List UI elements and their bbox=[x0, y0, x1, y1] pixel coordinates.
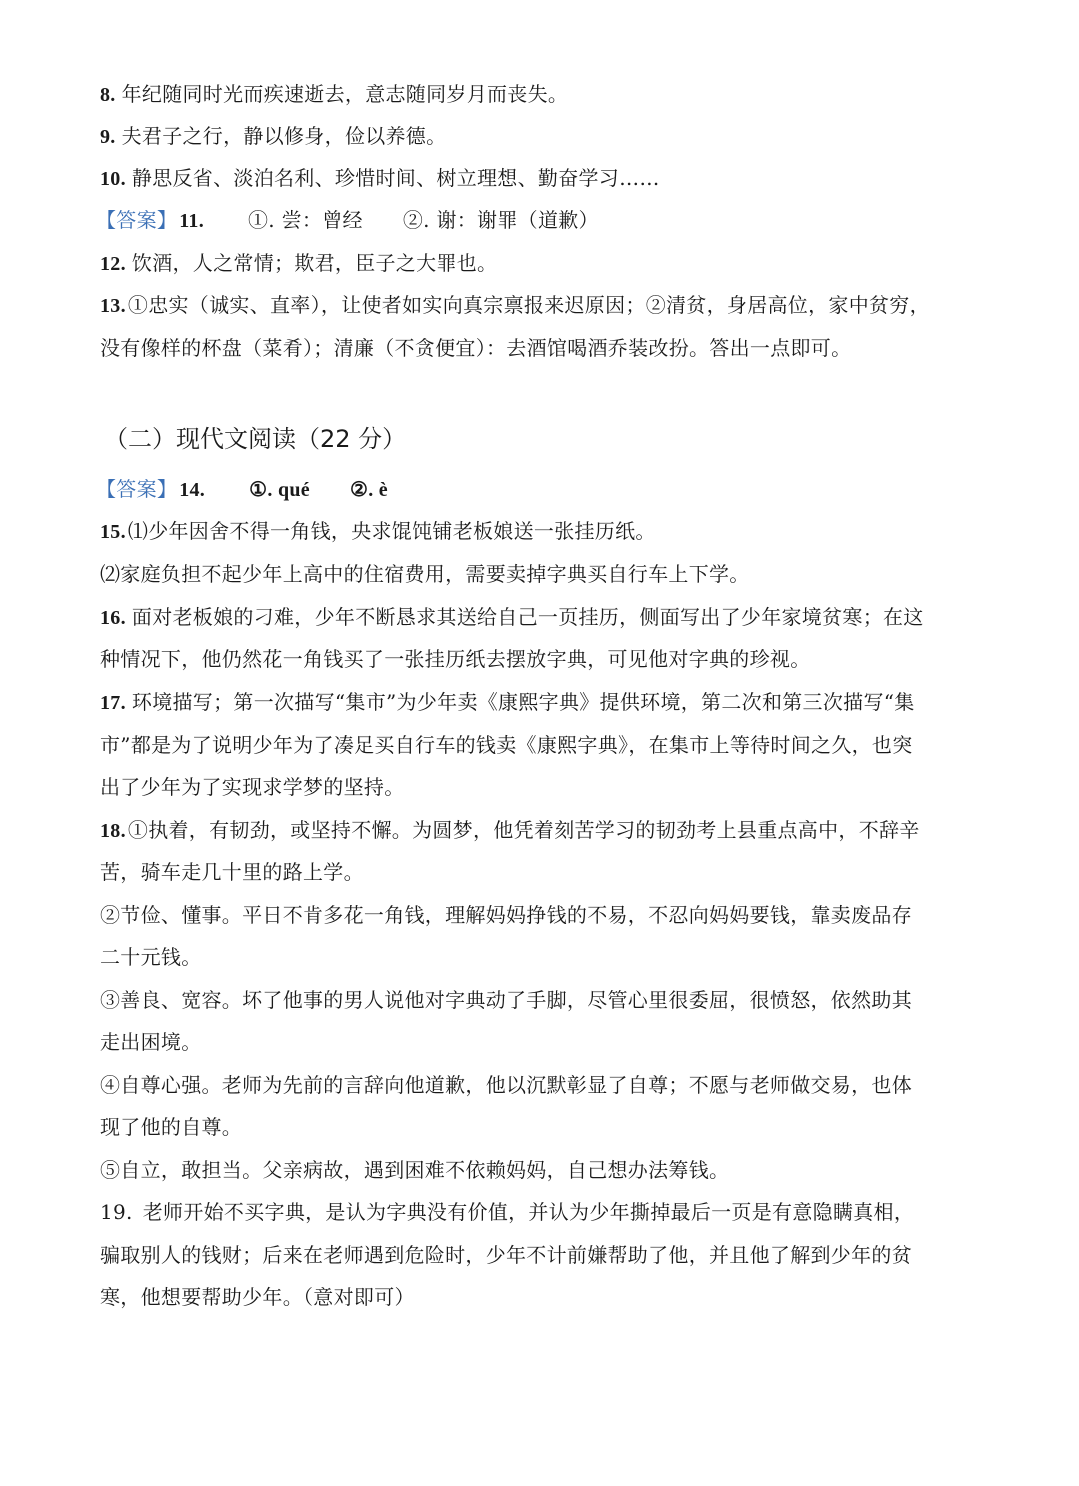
answer-9: 9.夫君子之行，静以修身，俭以养德。 bbox=[100, 122, 446, 151]
answer-text: 现了他的自尊。 bbox=[100, 1115, 242, 1139]
answer-text: 骗取别人的钱财；后来在老师遇到危险时，少年不计前嫌帮助了他，并且他了解到少年的贫 bbox=[100, 1243, 912, 1267]
answer-text: ②节俭、懂事。平日不肯多花一角钱，理解妈妈挣钱的不易，不忍向妈妈要钱，靠卖废品存 bbox=[100, 903, 912, 927]
answer-14: 【答案】14.①. qué②. è bbox=[96, 475, 388, 504]
answer-18-line-8: 现了他的自尊。 bbox=[100, 1113, 242, 1141]
answer-18-line-2: 苦，骑车走几十里的路上学。 bbox=[100, 858, 364, 886]
answer-text: 种情况下，他仍然花一角钱买了一张挂历纸去摆放字典，可见他对字典的珍视。 bbox=[100, 647, 811, 671]
question-number: 8. bbox=[100, 84, 116, 106]
answer-18-line-6: 走出困境。 bbox=[100, 1028, 202, 1056]
question-number: 10. bbox=[100, 168, 126, 190]
answer-16-line-1: 16.面对老板娘的刁难，少年不断恳求其送给自己一页挂历，侧面写出了少年家境贫寒；… bbox=[100, 603, 924, 632]
question-number: 11. bbox=[179, 210, 204, 232]
answer-text: 出了少年为了实现求学梦的坚持。 bbox=[100, 775, 405, 799]
question-number: 18. bbox=[100, 820, 126, 842]
answer-text: 环境描写；第一次描写“集市”为少年卖《康熙字典》提供环境，第二次和第三次描写“集 bbox=[132, 690, 915, 714]
answer-text: ⑤自立，敢担当。父亲病故，遇到困难不依赖妈妈，自己想办法筹钱。 bbox=[100, 1158, 729, 1182]
answer-17-line-2: 市”都是为了说明少年为了凑足买自行车的钱卖《康熙字典》，在集市上等待时间之久，也… bbox=[100, 731, 913, 759]
answer-18-line-5: ③善良、宽容。坏了他事的男人说他对字典动了手脚，尽管心里很委屈，很愤怒，依然助其 bbox=[100, 986, 912, 1014]
option-2: ②. è bbox=[350, 476, 388, 504]
answer-18-line-3: ②节俭、懂事。平日不肯多花一角钱，理解妈妈挣钱的不易，不忍向妈妈要钱，靠卖废品存 bbox=[100, 901, 912, 929]
answer-17-line-3: 出了少年为了实现求学梦的坚持。 bbox=[100, 773, 405, 801]
answer-text: 面对老板娘的刁难，少年不断恳求其送给自己一页挂历，侧面写出了少年家境贫寒；在这 bbox=[132, 605, 924, 629]
question-number: 13. bbox=[100, 295, 126, 317]
answer-15-line-2: ⑵家庭负担不起少年上高中的住宿费用，需要卖掉字典买自行车上下学。 bbox=[100, 560, 750, 588]
answer-text: 饮酒，人之常情；欺君，臣子之大罪也。 bbox=[132, 251, 497, 275]
answer-tag: 【答案】 bbox=[96, 477, 177, 501]
answer-text: ⑴少年因舍不得一角钱，央求馄饨铺老板娘送一张挂历纸。 bbox=[128, 519, 656, 543]
answer-text: 寒，他想要帮助少年。（意对即可） bbox=[100, 1285, 415, 1309]
answer-19-line-2: 骗取别人的钱财；后来在老师遇到危险时，少年不计前嫌帮助了他，并且他了解到少年的贫 bbox=[100, 1241, 912, 1269]
answer-19-line-3: 寒，他想要帮助少年。（意对即可） bbox=[100, 1283, 415, 1311]
answer-text: 苦，骑车走几十里的路上学。 bbox=[100, 860, 364, 884]
answer-15-line-1: 15.⑴少年因舍不得一角钱，央求馄饨铺老板娘送一张挂历纸。 bbox=[100, 517, 656, 546]
answer-8: 8.年纪随同时光而疾速逝去，意志随同岁月而丧失。 bbox=[100, 80, 568, 109]
answer-18-line-1: 18.①执着，有韧劲，或坚持不懈。为圆梦，他凭着刻苦学习的韧劲考上县重点高中，不… bbox=[100, 816, 920, 845]
answer-11: 【答案】11.①. 尝：曾经②. 谢：谢罪（道歉） bbox=[96, 206, 599, 235]
answer-19-line-1: 19.老师开始不买字典，是认为字典没有价值，并认为少年撕掉最后一页是有意隐瞒真相… bbox=[100, 1198, 914, 1226]
answer-tag: 【答案】 bbox=[96, 208, 177, 232]
answer-text: ①忠实（诚实、直率），让使者如实向真宗禀报来迟原因；②清贫，身居高位，家中贫穷， bbox=[128, 293, 930, 317]
answer-text: ③善良、宽容。坏了他事的男人说他对字典动了手脚，尽管心里很委屈，很愤怒，依然助其 bbox=[100, 988, 912, 1012]
answer-text: 走出困境。 bbox=[100, 1030, 202, 1054]
answer-text: ④自尊心强。老师为先前的言辞向他道歉，他以沉默彰显了自尊；不愿与老师做交易，也体 bbox=[100, 1073, 912, 1097]
answer-17-line-1: 17.环境描写；第一次描写“集市”为少年卖《康熙字典》提供环境，第二次和第三次描… bbox=[100, 688, 915, 717]
question-number: 9. bbox=[100, 126, 116, 148]
answer-text: 老师开始不买字典，是认为字典没有价值，并认为少年撕掉最后一页是有意隐瞒真相， bbox=[143, 1200, 914, 1224]
question-number: 17. bbox=[100, 692, 126, 714]
answer-text: 静思反省、淡泊名利、珍惜时间、树立理想、勤奋学习…… bbox=[132, 166, 660, 190]
answer-18-line-4: 二十元钱。 bbox=[100, 943, 202, 971]
question-number: 12. bbox=[100, 253, 126, 275]
option-1: ①. 尝：曾经 bbox=[248, 206, 363, 234]
option-1: ①. qué bbox=[249, 476, 310, 504]
answer-12: 12.饮酒，人之常情；欺君，臣子之大罪也。 bbox=[100, 249, 497, 278]
answer-text: ⑵家庭负担不起少年上高中的住宿费用，需要卖掉字典买自行车上下学。 bbox=[100, 562, 750, 586]
answer-13-line-2: 没有像样的杯盘（菜肴）；清廉（不贪便宜）：去酒馆喝酒乔装改扮。答出一点即可。 bbox=[100, 334, 851, 362]
answer-13-line-1: 13.①忠实（诚实、直率），让使者如实向真宗禀报来迟原因；②清贫，身居高位，家中… bbox=[100, 291, 930, 320]
answer-text: 二十元钱。 bbox=[100, 945, 202, 969]
question-number: 14. bbox=[179, 479, 205, 501]
answer-text: 市”都是为了说明少年为了凑足买自行车的钱卖《康熙字典》，在集市上等待时间之久，也… bbox=[100, 733, 913, 757]
question-number: 15. bbox=[100, 521, 126, 543]
option-2: ②. 谢：谢罪（道歉） bbox=[403, 206, 599, 234]
section-title: （二）现代文阅读（22 分） bbox=[104, 423, 406, 455]
answer-10: 10.静思反省、淡泊名利、珍惜时间、树立理想、勤奋学习…… bbox=[100, 164, 660, 193]
answer-text: 没有像样的杯盘（菜肴）；清廉（不贪便宜）：去酒馆喝酒乔装改扮。答出一点即可。 bbox=[100, 336, 851, 360]
answer-18-line-7: ④自尊心强。老师为先前的言辞向他道歉，他以沉默彰显了自尊；不愿与老师做交易，也体 bbox=[100, 1071, 912, 1099]
question-number: 19. bbox=[100, 1200, 133, 1224]
answer-key-page: 8.年纪随同时光而疾速逝去，意志随同岁月而丧失。 9.夫君子之行，静以修身，俭以… bbox=[0, 0, 1079, 1486]
answer-text: 年纪随同时光而疾速逝去，意志随同岁月而丧失。 bbox=[122, 82, 569, 106]
question-number: 16. bbox=[100, 607, 126, 629]
answer-text: ①执着，有韧劲，或坚持不懈。为圆梦，他凭着刻苦学习的韧劲考上县重点高中，不辞辛 bbox=[128, 818, 920, 842]
answer-text: 夫君子之行，静以修身，俭以养德。 bbox=[122, 124, 447, 148]
answer-16-line-2: 种情况下，他仍然花一角钱买了一张挂历纸去摆放字典，可见他对字典的珍视。 bbox=[100, 645, 811, 673]
answer-18-line-9: ⑤自立，敢担当。父亲病故，遇到困难不依赖妈妈，自己想办法筹钱。 bbox=[100, 1156, 729, 1184]
